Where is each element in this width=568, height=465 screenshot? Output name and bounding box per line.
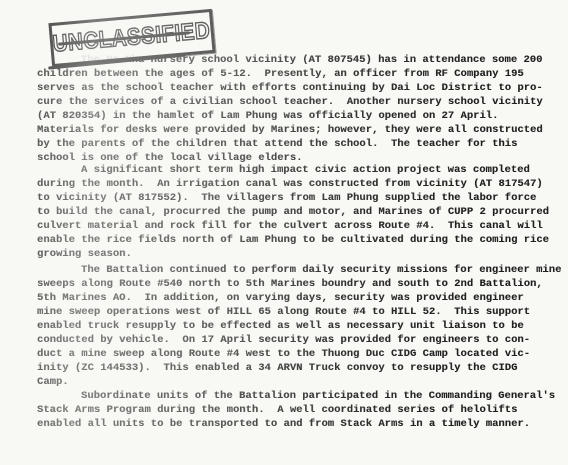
text-line: The Battalion continued to perform daily… — [37, 263, 562, 277]
ink-speck — [197, 133, 199, 135]
text-line: cure the services of a civilian school t… — [37, 95, 562, 109]
text-line: children between the ages of 5-12. Prese… — [37, 67, 562, 81]
text-line: Subordinate units of the Battalion parti… — [37, 389, 562, 403]
text-line: by the parents of the children that atte… — [37, 137, 562, 151]
text-line: growing season. — [37, 247, 562, 261]
text-line: duct a mine sweep along Route #4 west to… — [37, 347, 562, 361]
ink-speck — [38, 210, 40, 212]
paragraph-nursery-school: The Ha Nha nursery school vicinity (AT 8… — [37, 53, 562, 165]
text-line: inity (ZC 144533). This enabled a 34 ARV… — [37, 361, 562, 375]
scanned-document-page: The Ha Nha nursery school vicinity (AT 8… — [0, 0, 568, 465]
paragraph-irrigation-canal: A significant short term high impact civ… — [37, 163, 562, 261]
text-line: culvert material and rock fill for the c… — [37, 219, 562, 233]
text-line: sweeps along Route #540 north to 5th Mar… — [37, 277, 562, 291]
text-line: enabled all units to be transported to a… — [37, 417, 562, 431]
text-line: mine sweep operations west of HILL 65 al… — [37, 305, 562, 319]
text-line: Camp. — [37, 375, 562, 389]
text-line: A significant short term high impact civ… — [37, 163, 562, 177]
text-line: (AT 820354) in the hamlet of Lam Phung w… — [37, 109, 562, 123]
ink-speck — [46, 155, 48, 156]
text-line: enable the rice fields north of Lam Phun… — [37, 233, 562, 247]
text-line: to build the canal, procurred the pump a… — [37, 205, 562, 219]
text-line: conducted by vehicle. On 17 April securi… — [37, 333, 562, 347]
text-line: 5th Marines AO. In addition, on varying … — [37, 291, 562, 305]
text-line: Materials for desks were provided by Mar… — [37, 123, 562, 137]
ink-speck — [103, 170, 105, 172]
text-line: during the month. An irrigation canal wa… — [37, 177, 562, 191]
paragraph-stack-arms: Subordinate units of the Battalion parti… — [37, 389, 562, 431]
paragraph-security-missions: The Battalion continued to perform daily… — [37, 263, 562, 389]
text-line: enabled truck resupply to be effected as… — [37, 319, 562, 333]
text-line: serves as the school teacher with effort… — [37, 81, 562, 95]
text-line: Stack Arms Program during the month. A w… — [37, 403, 562, 417]
text-line: to vicinity (AT 817552). The villagers f… — [37, 191, 562, 205]
